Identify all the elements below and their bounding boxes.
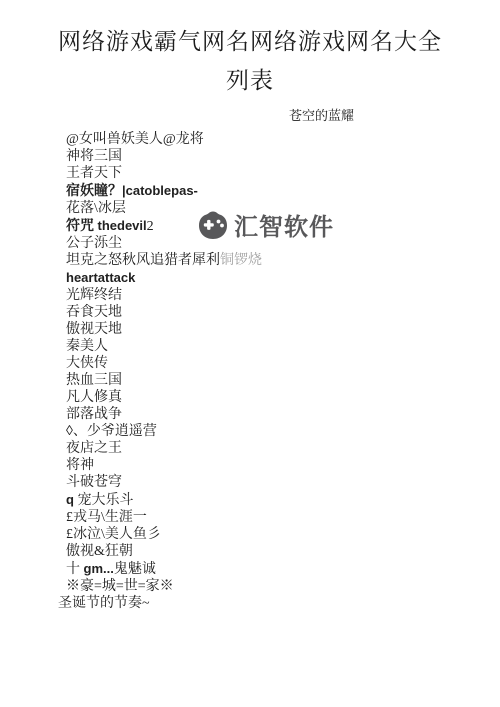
list-item-segment: ※豪=城=世=家※ [66, 579, 174, 594]
list-item-segment: 2 [147, 219, 154, 234]
list-item: £戎马\生涯一 [66, 509, 500, 526]
list-item-segment: q [66, 492, 74, 507]
list-item: 圣诞节的节奏~ [58, 595, 500, 612]
page-title: 网络游戏霸气网名网络游戏网名大全列表 [0, 0, 500, 100]
list-item-segment: 秦美人 [66, 339, 108, 354]
list-item-segment: 夜店之王 [66, 441, 122, 456]
list-item-segment: thedevil [98, 218, 147, 233]
list-item: 秦美人 [66, 338, 500, 355]
list-item: 光辉终结 [66, 287, 500, 304]
list-item-segment: 大侠传 [66, 356, 108, 371]
list-item: 傲视&狂朝 [66, 543, 500, 560]
list-item-segment: |catoblepas- [122, 183, 198, 198]
list-item-segment: 宿妖瞳？ [66, 184, 122, 199]
list-item-segment: 将神 [66, 458, 94, 473]
list-item: 将神 [66, 457, 500, 474]
watermark-text: 汇智软件 [234, 207, 334, 242]
list-item-segment: 鬼魅诚 [114, 562, 156, 577]
list-item: 傲视天地 [66, 321, 500, 338]
list-item: 神将三国 [66, 148, 500, 165]
list-item: 大侠传 [66, 355, 500, 372]
list-item-segment: heartattack [66, 270, 135, 285]
list-item: @女叫兽妖美人@龙将 [66, 131, 500, 148]
list-item: 宿妖瞳？|catoblepas- [66, 182, 500, 200]
list-item-segment: 神将三国 [66, 149, 122, 164]
list-item-segment: 吞食天地 [66, 305, 122, 320]
list-item-segment: 坦克之怒秋风追猎者犀利 [66, 253, 220, 268]
list-item-segment: 斗破苍穹 [66, 475, 122, 490]
author-byline: 苍空的蓝耀 [0, 108, 500, 124]
list-item-segment: £冰泣\美人鱼彡 [66, 527, 161, 542]
watermark: 汇智软件 [198, 207, 334, 242]
list-item-segment: 傲视&狂朝 [66, 544, 133, 559]
list-item: ◊、少爷逍遥营 [66, 423, 500, 440]
list-item: 斗破苍穹 [66, 474, 500, 491]
list-item-segment: gm... [84, 561, 114, 576]
list-item-segment: 宠大乐斗 [74, 493, 134, 508]
list-item-segment: 凡人修真 [66, 390, 122, 405]
list-item-segment: £戎马\生涯一 [66, 510, 147, 525]
list-item-segment: 公子泺尘 [66, 236, 122, 251]
list-item: 王者天下 [66, 165, 500, 182]
list-item: 十 gm...鬼魅诚 [66, 560, 500, 578]
list-item: 热血三国 [66, 372, 500, 389]
list-item: 吞食天地 [66, 304, 500, 321]
list-item-segment: 符咒 [66, 219, 98, 234]
list-item: 凡人修真 [66, 389, 500, 406]
list-item-segment: 部落战争 [66, 407, 122, 422]
gamepad-icon [198, 209, 228, 241]
list-item-segment: 光辉终结 [66, 288, 122, 303]
nickname-list: @女叫兽妖美人@龙将神将三国王者天下宿妖瞳？|catoblepas-花落\冰层符… [0, 131, 500, 612]
list-item: 坦克之怒秋风追猎者犀利铜锣烧 [66, 252, 500, 269]
list-item-segment: 花落\冰层 [66, 201, 126, 216]
list-item-segment: 十 [66, 562, 84, 577]
list-item-segment: 圣诞节的节奏~ [58, 596, 150, 611]
list-item-segment: @女叫兽妖美人@龙将 [66, 132, 204, 147]
list-item: £冰泣\美人鱼彡 [66, 526, 500, 543]
document-page: 网络游戏霸气网名网络游戏网名大全列表 苍空的蓝耀 @女叫兽妖美人@龙将神将三国王… [0, 0, 500, 707]
list-item-segment: 王者天下 [66, 166, 122, 181]
list-item: 部落战争 [66, 406, 500, 423]
list-item-segment: 铜锣烧 [220, 253, 262, 268]
list-item-segment: 傲视天地 [66, 322, 122, 337]
list-item: ※豪=城=世=家※ [66, 578, 500, 595]
list-item-segment: ◊、少爷逍遥营 [66, 424, 157, 439]
list-item: q 宠大乐斗 [66, 491, 500, 509]
list-item-segment: 热血三国 [66, 373, 122, 388]
list-item: heartattack [66, 269, 500, 287]
list-item: 夜店之王 [66, 440, 500, 457]
